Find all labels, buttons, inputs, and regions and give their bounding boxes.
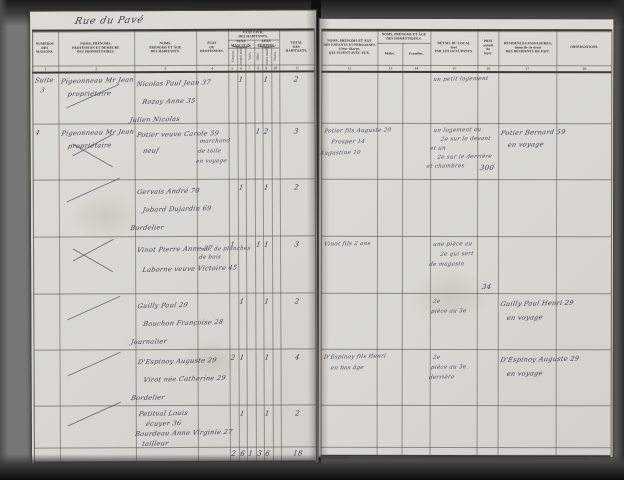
tally-mark: 4 (279, 352, 315, 362)
column-number: 10 (271, 65, 280, 71)
header-enfants: NOMS, PRÉNOMS ET ÂGEDES ENFANTS ET PERSO… (321, 29, 377, 65)
column-number-text: 13 (388, 66, 392, 71)
column-number: 18 (556, 65, 611, 71)
header-maison: NUMÉROSDESMAISONS. (32, 30, 58, 66)
row-separator (321, 123, 611, 125)
header-etat-civil: ÉTAT CIVILDES HABITANTS. (228, 29, 279, 40)
handwritten-entry: Petitval Louisécuyer 36Bourdeau Anne Vir… (132, 407, 237, 449)
tally-mark: 34 (475, 282, 497, 292)
tally-mark: 1 (262, 353, 272, 363)
civil-subcolumn-label: Veufs. (248, 52, 252, 60)
header-local: DÉTAIL DU LOCALlouéPAR LES OCCUPANTS. (430, 29, 477, 65)
header-prix-text: PRIXannuelduloyer. (477, 39, 498, 55)
civil-subcolumn-label: Femmes mariées. (265, 48, 269, 65)
header-resid-text: RÉSIDENCES PASSAGÈRES;domicile de droitD… (499, 41, 557, 53)
tally-mark: 3 (279, 239, 315, 249)
header-obs: OBSERVATIONS. (556, 29, 611, 65)
table-rule-vertical (556, 29, 558, 455)
tally-mark: 300 (476, 163, 498, 173)
tally-mark: 1 (228, 240, 238, 250)
column-number: 9 (262, 65, 271, 71)
street-title: Rue du Pavé (74, 15, 145, 28)
column-number-text: 2 (95, 66, 97, 71)
column-number-text: 6 (240, 65, 242, 70)
handwritten-entry: Gervais André 70Jobard Dujardin 69Bordel… (129, 181, 217, 237)
header-etat-text: ÉTATOUPROFESSION. (196, 41, 228, 53)
tally-mark: 1 (237, 353, 247, 363)
table-rule-vertical (430, 29, 432, 455)
row-separator (33, 178, 315, 180)
column-number-text: 14 (414, 66, 418, 71)
civil-subcolumn-rule (262, 48, 265, 461)
header-etat-civil-text: ÉTAT CIVILDES HABITANTS. (228, 30, 279, 38)
handwritten-entry: un petit logement (432, 74, 489, 85)
ditto-slash-mark (67, 296, 120, 321)
column-number: 4 (196, 65, 228, 71)
header-total-text: TOTALDESHABITANTS. (279, 40, 314, 52)
handwritten-entry: Potier Bernard 59en voyage (498, 126, 567, 151)
column-number: 1 (32, 66, 58, 72)
ditto-slash-mark (67, 178, 120, 203)
cross-mark (73, 239, 114, 262)
column-number-text: 10 (273, 65, 277, 70)
scan-left-edge (0, 0, 8, 480)
column-number-text: 17 (525, 66, 529, 71)
column-number-text: 5 (232, 65, 234, 70)
row-separator (321, 236, 611, 238)
header-civil-subcolumn: Hommes mariés. (237, 48, 246, 65)
table-rule-vertical (377, 29, 379, 455)
tally-mark: 2 (279, 408, 315, 418)
tally-mark: 1 (262, 297, 272, 307)
header-civil-subcolumn: Filles. (254, 48, 263, 65)
handwritten-entry: Pigeonneau Mr Jeanpropriétaire (58, 126, 136, 154)
tally-mark: 1 (235, 75, 245, 85)
left-page: Rue du Pavé NUMÉROSDESMAISONS.1NOMS, PRÉ… (29, 9, 319, 464)
header-civil-subcolumn: Garçons. (228, 48, 237, 65)
tally-mark: 2 (261, 127, 271, 137)
table-bottom-rule (34, 460, 316, 463)
header-domestiques-femelles-text: Femelles. (403, 52, 431, 56)
table-rule-vertical (321, 29, 323, 455)
row-separator (33, 292, 315, 294)
header-domestiques-males: Mâles. (377, 43, 402, 65)
header-civil-subcolumn: Femmes mariées. (262, 48, 271, 65)
header-enfants-text: NOMS, PRÉNOMS ET ÂGEDES ENFANTS ET PERSO… (322, 39, 378, 55)
column-number: 2 (58, 65, 134, 71)
header-total: TOTALDESHABITANTS. (279, 28, 314, 64)
civil-group-divider (254, 40, 257, 461)
column-number-text: 4 (211, 66, 213, 71)
column-total-value: 6 (263, 450, 273, 458)
tally-mark: 1 (236, 183, 246, 193)
header-civil-subcolumn: Veufs. (245, 48, 254, 65)
column-number-text: 12 (347, 66, 351, 71)
row-separator (321, 349, 611, 351)
table-rule-vertical (611, 29, 613, 455)
civil-subcolumn-label: Filles. (256, 52, 260, 60)
row-separator (321, 293, 611, 295)
header-domestiques-femelles: Femelles. (402, 43, 430, 65)
handwritten-entry: Guilly Paul Henri 29en voyage (496, 296, 575, 325)
tally-mark: 1 (262, 409, 272, 419)
cross-mark (73, 249, 113, 273)
civil-subcolumn-label: Veuves. (273, 51, 277, 61)
table-rule-vertical (314, 28, 317, 460)
column-number: 6 (237, 65, 246, 71)
handwritten-entry: D'Espinoy fils Henrien bas âge (320, 352, 386, 375)
table-bottom-rule (321, 455, 611, 457)
column-number-text: 8 (257, 65, 259, 70)
column-number: 7 (245, 65, 254, 71)
header-domestiques-males-text: Mâles. (377, 52, 402, 56)
tally-mark: 1 (236, 297, 246, 307)
column-number: 17 (498, 65, 556, 71)
header-prop: NOMS, PRÉNOMS,PROFESSION ET DEMEUREDES P… (58, 29, 134, 65)
handwritten-entry: 2epièce au 3ederrière (428, 352, 469, 383)
handwritten-entry: Guilly Paul 29Bouchon Françoise 28Journa… (129, 295, 228, 351)
civil-subcolumn-label: Hommes mariés. (239, 48, 243, 65)
right-page: NOMS, PRÉNOMS ET ÂGEDES ENFANTS ET PERSO… (318, 18, 615, 459)
handwritten-entry: marchandde toileen voyage (195, 136, 232, 167)
handwritten-entry: D'Espinoy Auguste 29en voyage (496, 352, 580, 381)
tally-mark: 3 (278, 126, 314, 136)
column-number-text: 7 (249, 65, 251, 70)
handwritten-entry: 2epièce au 3e (430, 296, 469, 317)
column-number-text: 1 (44, 66, 46, 71)
column-number: 15 (430, 65, 477, 71)
column-number: 14 (402, 65, 430, 71)
handwritten-entry: 4 (35, 127, 41, 137)
column-number: 13 (377, 65, 402, 71)
row-separator (321, 447, 611, 449)
header-hab: NOMS,PRÉNOMS ET ÂGEDES HABITANTS. (134, 29, 196, 65)
handwritten-entry: md. de planchesde bois (198, 245, 251, 262)
tally-mark: 2 (278, 74, 314, 84)
row-separator (321, 405, 611, 407)
column-number: 16 (477, 65, 498, 71)
header-obs-text: OBSERVATIONS. (557, 45, 612, 49)
header-maison-text: NUMÉROSDESMAISONS. (32, 42, 58, 54)
handwritten-entry: Vinot fils 2 ans (323, 239, 371, 250)
tally-mark: 2 (278, 182, 314, 192)
column-number-text: 3 (164, 66, 166, 71)
domestiques-divider (402, 43, 404, 455)
header-hab-text: NOMS,PRÉNOMS ET ÂGEDES HABITANTS. (134, 41, 196, 53)
column-number: 5 (228, 65, 237, 71)
tally-mark: 2 (279, 296, 315, 306)
tally-mark: 1 (237, 409, 247, 419)
row-separator (321, 179, 611, 181)
civil-subcolumn-rule (271, 48, 274, 461)
header-civil-subcolumn: Veuves. (271, 48, 280, 65)
tally-mark: 1 (261, 75, 271, 85)
column-number-text: 9 (266, 65, 268, 70)
handwritten-entry: une pièce au2e qui sertde magasin (428, 239, 476, 270)
header-etat: ÉTATOUPROFESSION. (196, 29, 228, 65)
ditto-slash-mark (67, 352, 120, 377)
handwritten-entry: Suite3 (29, 75, 59, 96)
column-number-text: 18 (582, 66, 586, 71)
column-number: 12 (321, 65, 377, 71)
header-prop-text: NOMS, PRÉNOMS,PROFESSION ET DEMEUREDES P… (58, 41, 133, 53)
column-number-text: 11 (295, 65, 299, 70)
column-number: 8 (254, 65, 263, 71)
column-number: 3 (134, 65, 196, 71)
table-rule-vertical (498, 29, 500, 455)
handwritten-entry: Potier fils Auguste 20Prosper 14Augustin… (319, 125, 392, 159)
scanned-census-register: Rue du Pavé NUMÉROSDESMAISONS.1NOMS, PRÉ… (0, 0, 624, 480)
table-rule-vertical (477, 29, 479, 455)
column-number: 11 (279, 64, 314, 70)
tally-mark: 1 (262, 240, 272, 250)
header-local-text: DÉTAIL DU LOCALlouéPAR LES OCCUPANTS. (431, 41, 478, 53)
header-resid: RÉSIDENCES PASSAGÈRES;domicile de droitD… (498, 29, 556, 65)
column-total-value: 18 (280, 449, 316, 457)
handwritten-entry: Nicolas Paul Jean 37Rozay Anne 35Julien … (128, 73, 212, 129)
column-number-text: 15 (452, 66, 456, 71)
column-number-text: 16 (486, 66, 490, 71)
civil-subcolumn-label: Garçons. (231, 51, 235, 62)
tally-mark: 1 (261, 183, 271, 193)
handwritten-entry: D'Espinoy Auguste 29Virot née Catherine … (129, 351, 230, 407)
header-domestiques-text: NOMS, PRÉNOMS ET ÂGEDES DOMESTIQUES. (378, 32, 431, 40)
header-prix: PRIXannuelduloyer. (477, 29, 498, 65)
header-domestiques: NOMS, PRÉNOMS ET ÂGEDES DOMESTIQUES. (377, 29, 430, 43)
handwritten-entry: Pigeonneau Mr Jeanpropriétaire (57, 74, 135, 102)
